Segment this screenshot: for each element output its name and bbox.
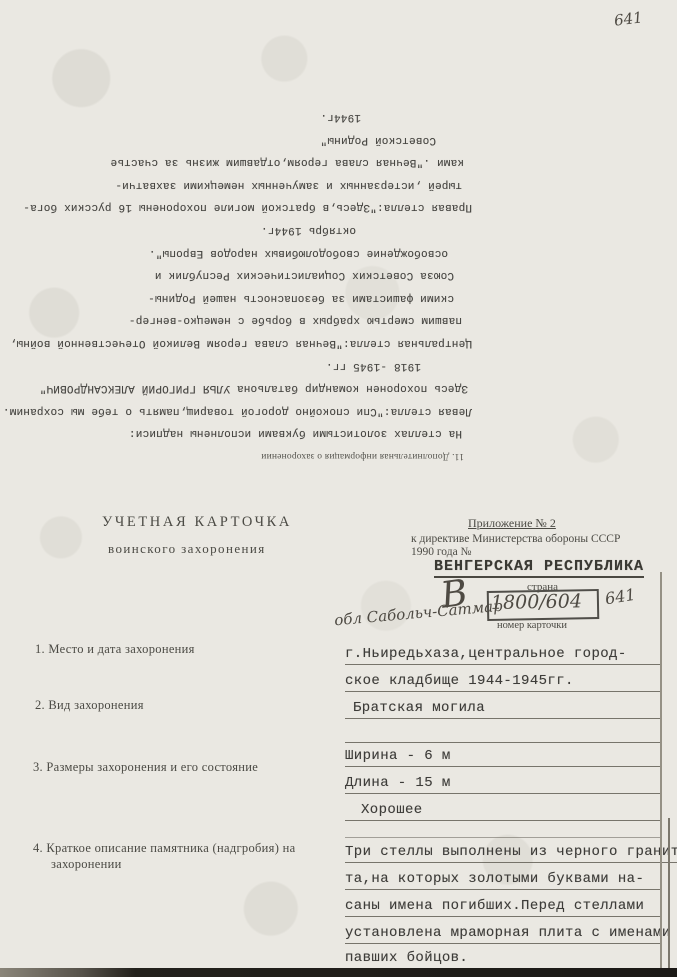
answer-line: саны имена погибших.Перед стеллами [345, 896, 660, 917]
scan-edge-line [660, 572, 662, 970]
appendix-label: Приложение № 2 [468, 516, 556, 531]
answer-line: Три стеллы выполнены из черного гранит [345, 842, 677, 863]
ruled-line-blank [345, 722, 660, 743]
ruled-line-blank [345, 817, 660, 838]
directive-line-2: 1990 года № [411, 546, 472, 558]
scanned-burial-card-page: 641 11. Дополнительная информация о захо… [0, 0, 677, 977]
answer-text: Три стеллы выполнены из черного гранит [345, 844, 677, 860]
answer-line: г.Ньиредьхаза,центральное город- [345, 644, 660, 665]
answer-text: Длина - 15 м [345, 775, 451, 791]
inverted-line: На стеллах золотистыми буквами исполнены… [8, 422, 462, 445]
inverted-line: Левая стелла:"Спи спокойно дорогой товар… [8, 399, 472, 422]
inverted-line: Правая стелла:"Здесь,в братской могиле п… [8, 196, 472, 219]
inverted-line: Здесь похоронен командир батальона УЛЬЯ … [8, 377, 468, 400]
inverted-line: освобождение свободолюбивых народов Евро… [8, 241, 448, 264]
card-title: УЧЕТНАЯ КАРТОЧКА [102, 514, 292, 531]
card-subtitle: воинского захоронения [108, 541, 266, 557]
inverted-line: павшим смертью храбрых в борьбе с немецк… [8, 309, 462, 332]
scan-edge-line-2 [668, 818, 670, 970]
inverted-line: скими фашистами за безопасность нашей Ро… [8, 286, 454, 309]
section-2-label: 2. Вид захоронения [35, 698, 144, 713]
handwritten-region: обл Сабольч-Сатмар [334, 597, 504, 630]
inverted-line: октябрь 1944г. [8, 218, 356, 241]
answer-line: ское кладбище 1944-1945гг. [345, 671, 660, 692]
inverted-line: Союза Советских Социалистических Республ… [8, 264, 454, 287]
answer-line: Длина - 15 м [345, 773, 660, 794]
answer-text: ское кладбище 1944-1945гг. [345, 673, 574, 689]
country-stamp: ВЕНГЕРСКАЯ РЕСПУБЛИКА [434, 558, 644, 578]
answer-text: саны имена погибших.Перед стеллами [345, 898, 644, 914]
inverted-line: ками ."Вечная слава героям,отдавшим жизн… [8, 151, 464, 174]
card-number-field-label: номер карточки [497, 620, 567, 631]
answer-text: Ширина - 6 м [345, 748, 451, 764]
answer-line: Ширина - 6 м [345, 746, 660, 767]
inverted-line: 1918 -1945 гг. [8, 354, 421, 377]
inverted-line: 1944г. [8, 106, 361, 129]
answer-text: г.Ньиредьхаза,центральное город- [345, 646, 627, 662]
directive-line-1: к директиве Министерства обороны СССР [411, 533, 620, 545]
inverted-additional-info-block: 11. Дополнительная информация о захороне… [8, 101, 476, 467]
answer-line: Братская могила [345, 698, 660, 719]
answer-text: та,на которых золотыми буквами на- [345, 871, 644, 887]
section-11-label: 11. Дополнительная информация о захороне… [8, 444, 464, 467]
section-3-label: 3. Размеры захоронения и его состояние [33, 760, 258, 775]
page-corner-number: 641 [613, 8, 644, 29]
answer-line: установлена мраморная плита с именами [345, 923, 660, 944]
answer-text: установлена мраморная плита с именами [345, 925, 671, 941]
card-number-suffix: 641 [604, 585, 637, 609]
inverted-line: тырей ,истерзанных и замученных немецким… [8, 173, 462, 196]
answer-line: павших бойцов. [345, 948, 660, 968]
scan-bottom-bar [0, 968, 677, 977]
inverted-line: Центральная стелла:"Вечная слава героям … [8, 331, 472, 354]
card-number-value: 1800/604 [491, 590, 582, 614]
card-number-box: 1800/604 [487, 589, 600, 621]
answer-text: павших бойцов. [345, 950, 468, 966]
answer-text: Братская могила [353, 700, 485, 716]
section-4-label: 4. Краткое описание памятника (надгробия… [33, 840, 363, 872]
answer-line: та,на которых золотыми буквами на- [345, 869, 660, 890]
section-1-label: 1. Место и дата захоронения [35, 642, 195, 657]
answer-text: Хорошее [361, 802, 423, 818]
inverted-line: Советской Родины" [8, 128, 436, 151]
